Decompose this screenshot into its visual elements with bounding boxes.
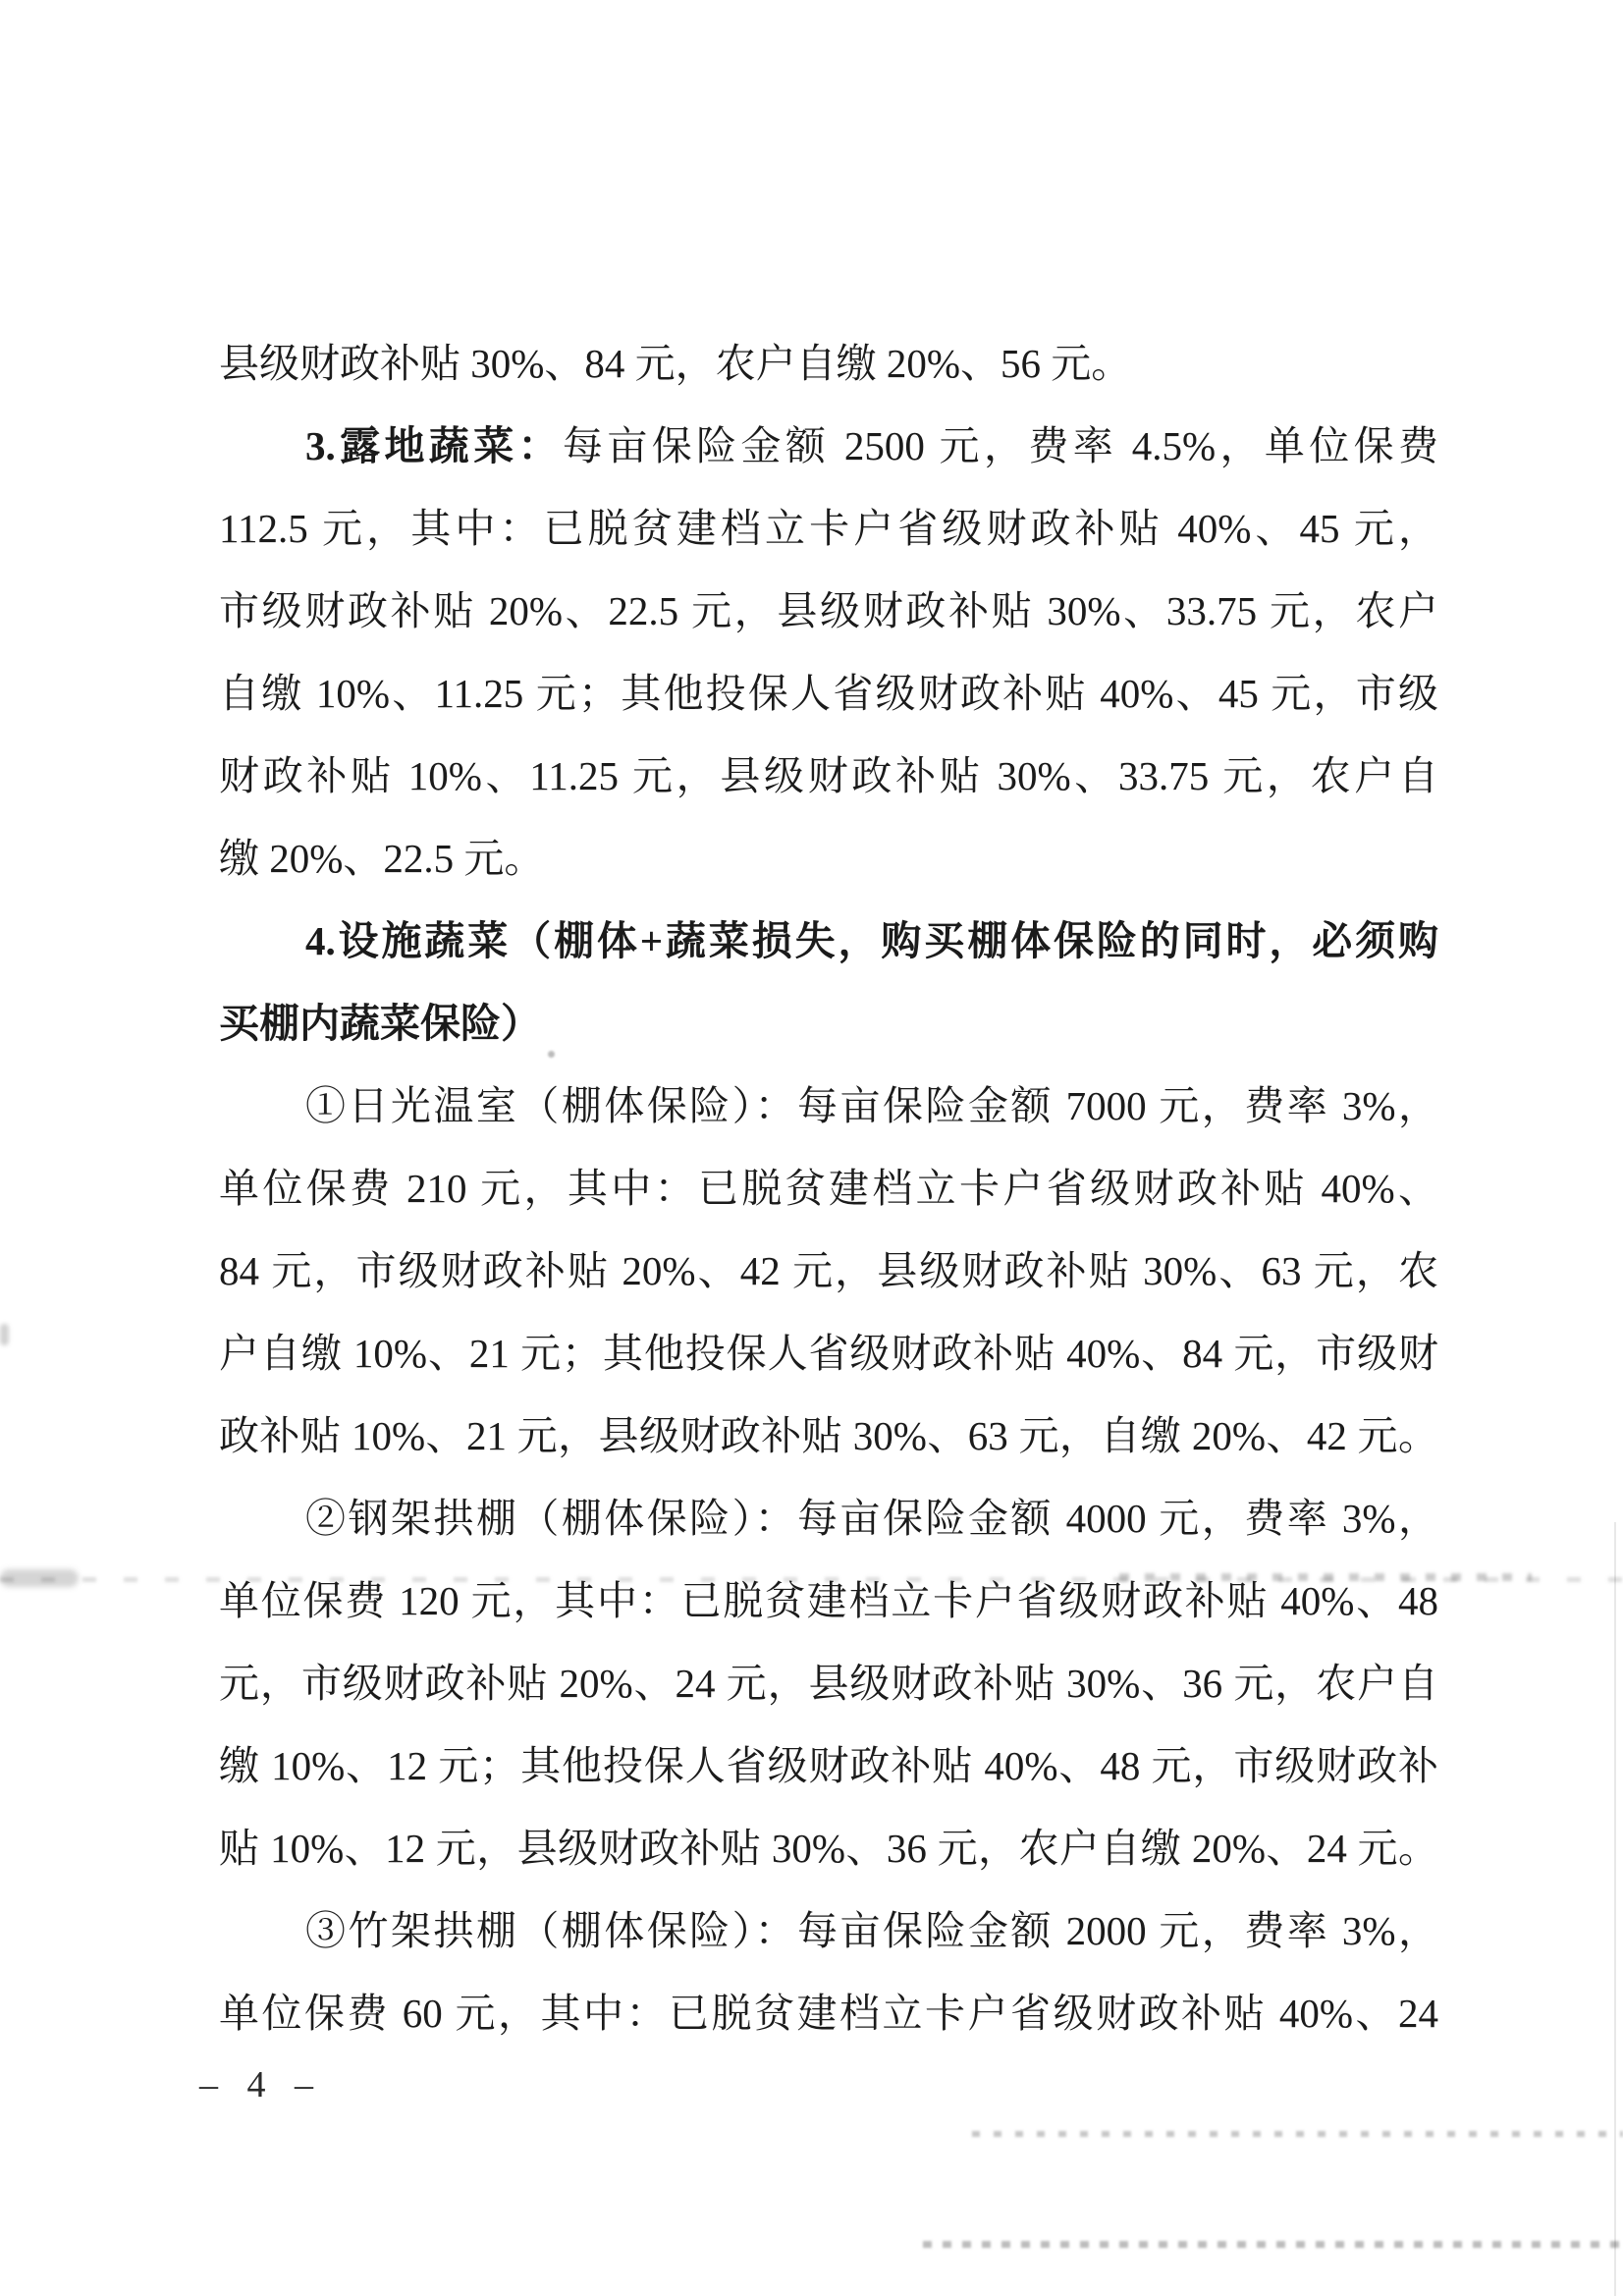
scan-speck-left-edge (0, 1324, 9, 1345)
text-line-12: 84 元，市级财政补贴 20%、42 元，县级财政补贴 30%、63 元，农 (219, 1230, 1438, 1312)
text-line-16: 单位保费 120 元，其中：已脱贫建档立卡户省级财政补贴 40%、48 (219, 1559, 1438, 1642)
text-line-6: 财政补贴 10%、11.25 元，县级财政补贴 30%、33.75 元，农户自 (219, 735, 1438, 817)
text-line-4: 市级财政补贴 20%、22.5 元，县级财政补贴 30%、33.75 元，农户 (219, 570, 1438, 652)
document-body: 县级财政补贴 30%、84 元，农户自缴 20%、56 元。 3.露地蔬菜：每亩… (219, 322, 1438, 2054)
text-line-2: 3.露地蔬菜：每亩保险金额 2500 元，费率 4.5%，单位保费 (219, 405, 1438, 487)
text-line-3: 112.5 元，其中：已脱贫建档立卡户省级财政补贴 40%、45 元， (219, 487, 1438, 570)
text-line-9: 买棚内蔬菜保险） (219, 982, 1438, 1065)
text-line-7: 缴 20%、22.5 元。 (219, 817, 1438, 900)
scan-streak-bottom-1 (972, 2131, 1623, 2137)
text-line-2-rest: 每亩保险金额 2500 元，费率 4.5%，单位保费 (563, 423, 1438, 468)
text-line-15: ②钢架拱棚（棚体保险）：每亩保险金额 4000 元，费率 3%， (219, 1477, 1438, 1559)
text-line-21: 单位保费 60 元，其中：已脱贫建档立卡户省级财政补贴 40%、24 (219, 1972, 1438, 2054)
scan-streak-bottom-2 (923, 2241, 1623, 2248)
text-line-11: 单位保费 210 元，其中：已脱贫建档立卡户省级财政补贴 40%、 (219, 1147, 1438, 1230)
text-line-5: 自缴 10%、11.25 元；其他投保人省级财政补贴 40%、45 元，市级 (219, 652, 1438, 735)
text-line-10: ①日光温室（棚体保险）：每亩保险金额 7000 元，费率 3%， (219, 1065, 1438, 1147)
text-line-18: 缴 10%、12 元；其他投保人省级财政补贴 40%、48 元，市级财政补 (219, 1724, 1438, 1807)
scan-vertical-line (1614, 1522, 1616, 2296)
scan-crease-blob (0, 1569, 79, 1587)
text-line-17: 元，市级财政补贴 20%、24 元，县级财政补贴 30%、36 元，农户自 (219, 1642, 1438, 1724)
text-line-13: 户自缴 10%、21 元；其他投保人省级财政补贴 40%、84 元，市级财 (219, 1312, 1438, 1394)
text-line-8: 4.设施蔬菜（棚体+蔬菜损失，购买棚体保险的同时，必须购 (219, 900, 1438, 982)
page-number: – 4 – (199, 2059, 323, 2110)
heading-4-facility-vegetables: 4.设施蔬菜（棚体+蔬菜损失，购买棚体保险的同时，必须购 (305, 918, 1438, 963)
heading-4-facility-vegetables-cont: 买棚内蔬菜保险） (219, 1001, 541, 1046)
text-line-14: 政补贴 10%、21 元，县级财政补贴 30%、63 元，自缴 20%、42 元… (219, 1394, 1438, 1477)
text-line-19: 贴 10%、12 元，县级财政补贴 30%、36 元，农户自缴 20%、24 元… (219, 1807, 1438, 1889)
text-line-20: ③竹架拱棚（棚体保险）：每亩保险金额 2000 元，费率 3%， (219, 1889, 1438, 1972)
text-line-1: 县级财政补贴 30%、84 元，农户自缴 20%、56 元。 (219, 322, 1438, 405)
heading-3-open-field-vegetables: 3.露地蔬菜： (305, 423, 563, 468)
document-page: 县级财政补贴 30%、84 元，农户自缴 20%、56 元。 3.露地蔬菜：每亩… (0, 0, 1623, 2296)
